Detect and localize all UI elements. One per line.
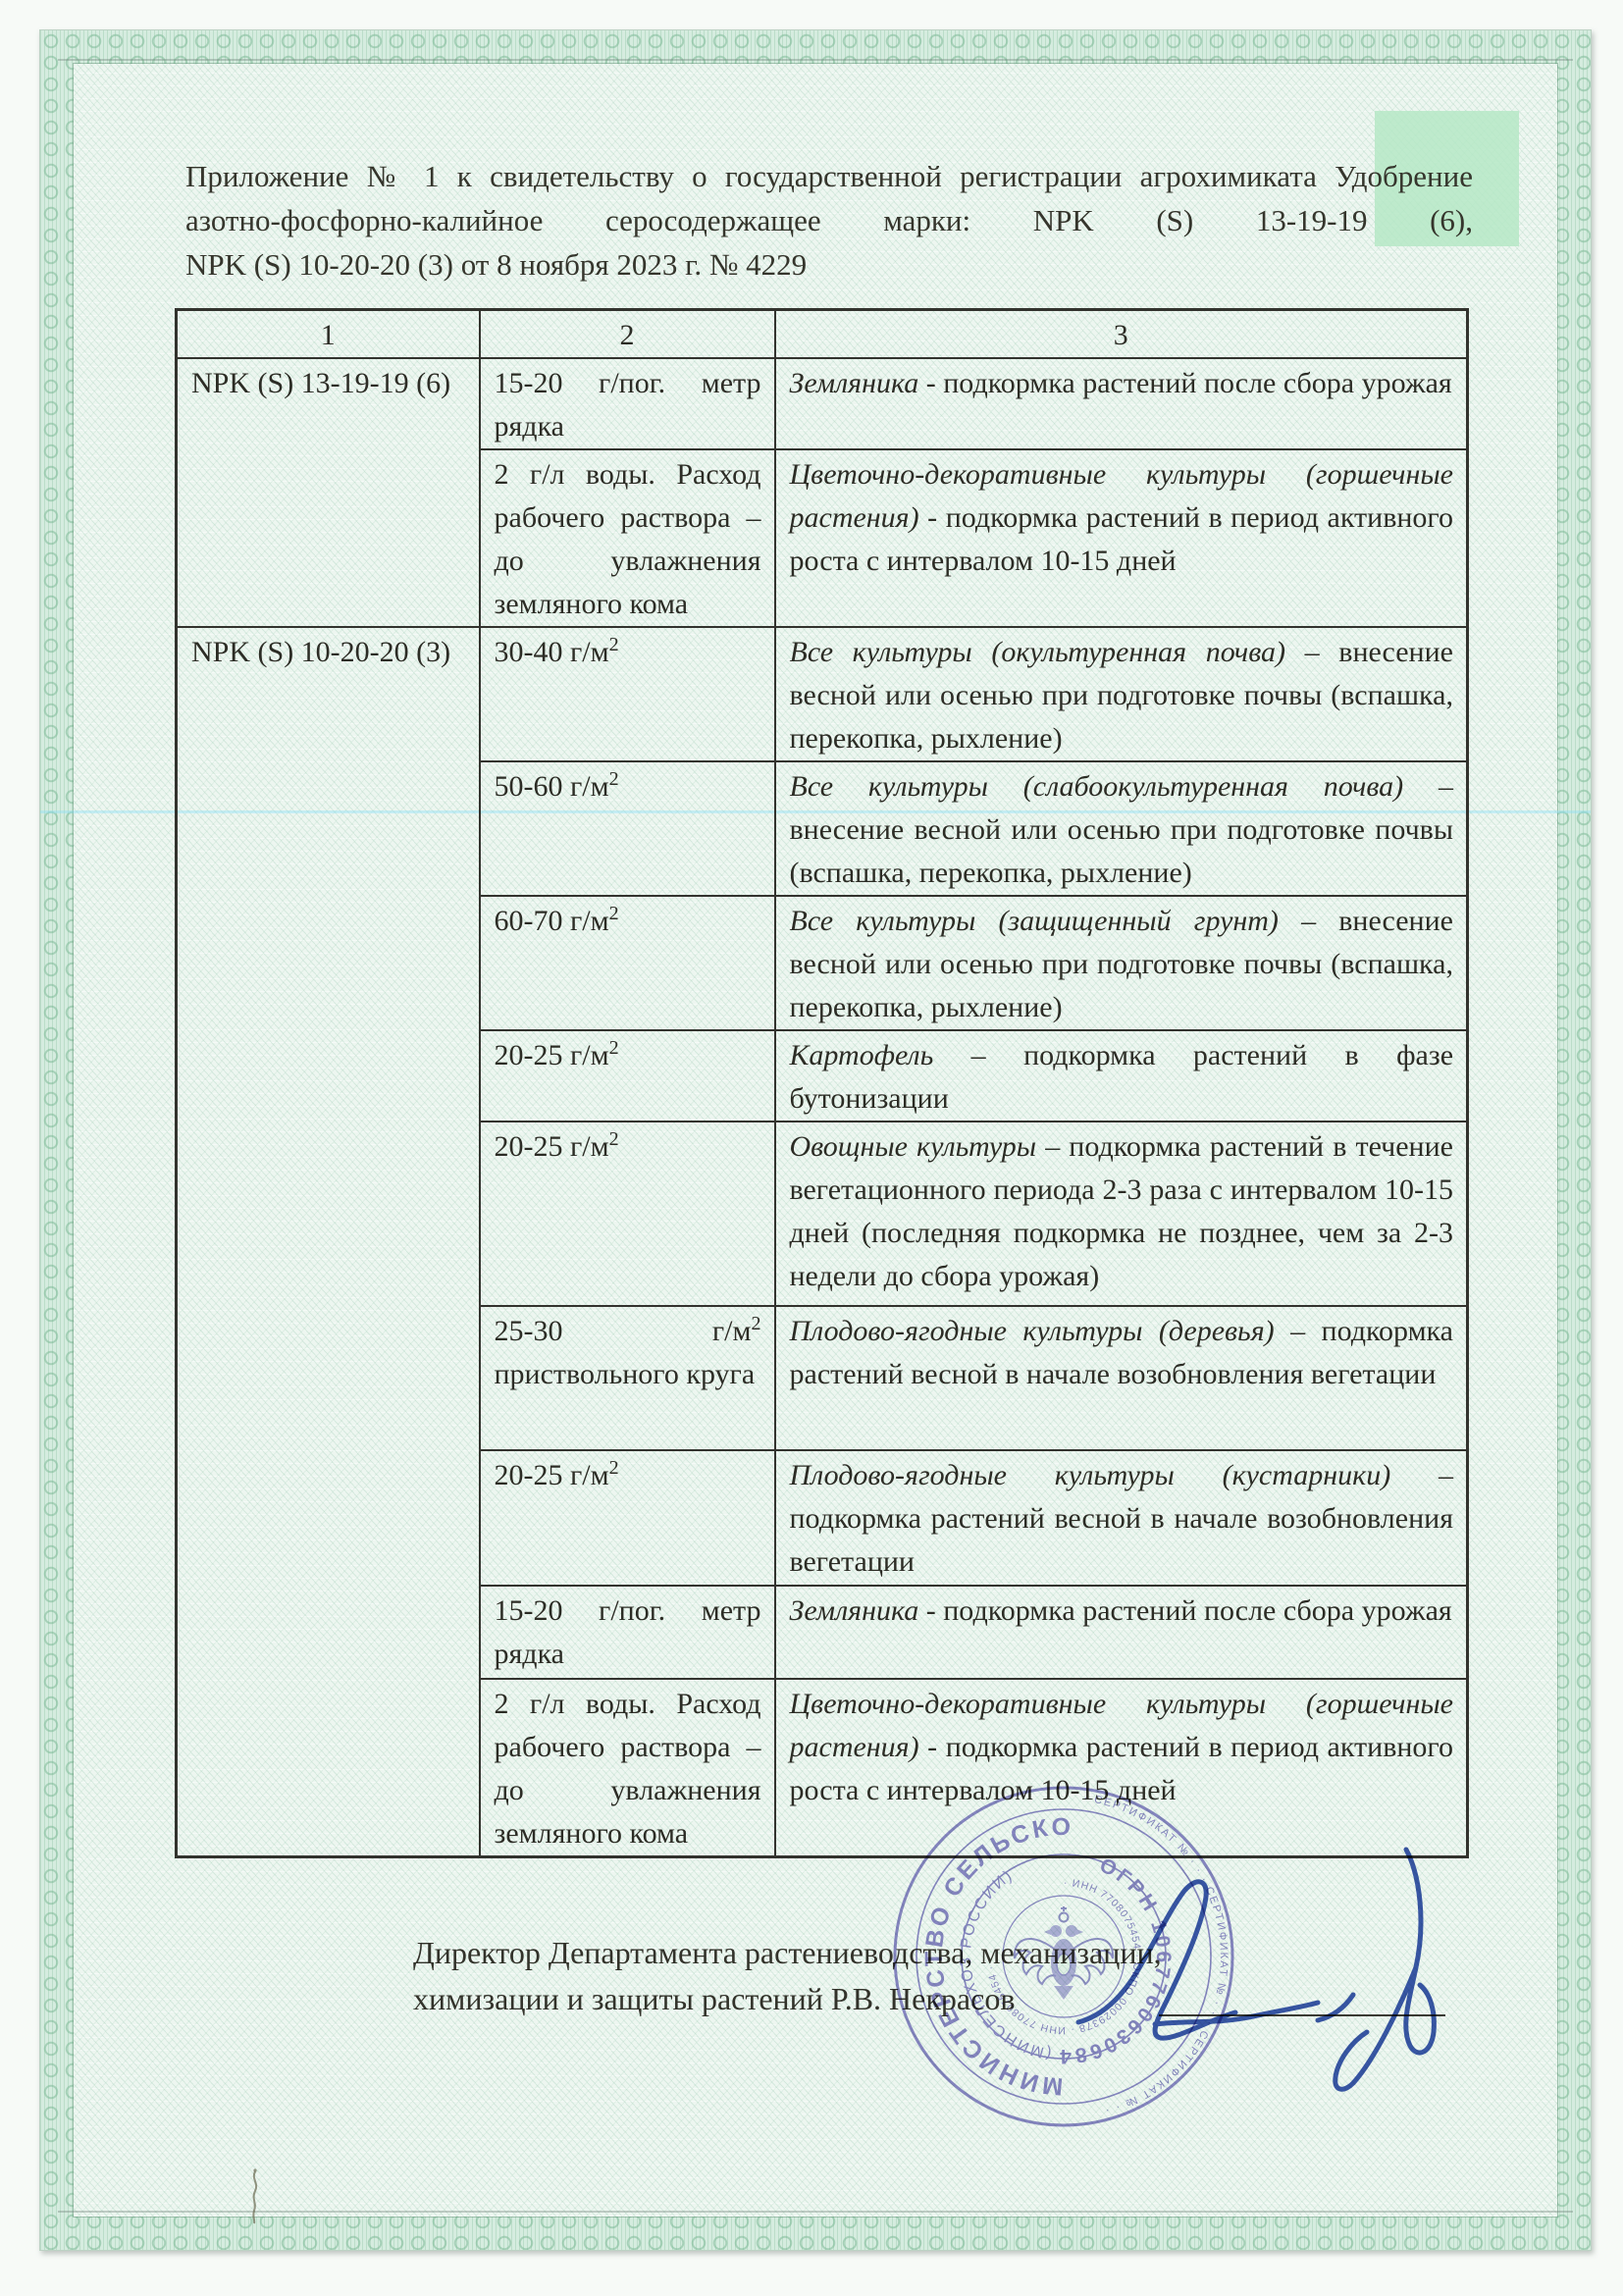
product-cell: NPK (S) 10-20-20 (3)	[177, 627, 480, 1857]
col-header-1: 1	[177, 310, 480, 359]
dose-text: 30-40 г/м	[495, 636, 609, 668]
crop-name-italic: Плодово-ягодные культуры (деревья) –	[790, 1315, 1306, 1347]
crop-name-italic: Картофель –	[790, 1039, 986, 1071]
dose-cell: 20-25 г/м2	[480, 1450, 775, 1586]
usage-cell: Овощные культуры – подкормка растений в …	[775, 1122, 1468, 1306]
crop-name-italic: Плодово-ягодные культуры (кустарники) –	[790, 1459, 1454, 1491]
usage-description: внесение весной или осенью при подготовк…	[790, 813, 1454, 889]
table-row: NPK (S) 13-19-19 (6)15-20 г/пог. метр ря…	[177, 358, 1468, 449]
table-row: NPK (S) 10-20-20 (3)30-40 г/м2Все культу…	[177, 627, 1468, 761]
dose-cell: 20-25 г/м2	[480, 1030, 775, 1122]
dose-text: 60-70 г/м	[495, 905, 609, 937]
usage-cell: Цветочно-декоративные культуры (горшечны…	[775, 449, 1468, 627]
col-header-3: 3	[775, 310, 1468, 359]
dose-cell: 15-20 г/пог. метр рядка	[480, 1586, 775, 1679]
dose-cell: 25-30 г/м2 приствольного круга	[480, 1306, 775, 1450]
crop-name-italic: Земляника	[790, 1594, 919, 1627]
dose-cell: 2 г/л воды. Расход рабочего раствора – д…	[480, 1679, 775, 1857]
dose-superscript: 2	[609, 634, 619, 655]
dose-text: 15-20 г/пог. метр рядка	[495, 367, 761, 443]
dose-text: 20-25 г/м	[495, 1039, 609, 1071]
usage-cell: Плодово-ягодные культуры (деревья) – под…	[775, 1306, 1468, 1450]
dose-cell: 50-60 г/м2	[480, 761, 775, 896]
col-header-2: 2	[480, 310, 775, 359]
dose-superscript: 2	[609, 1037, 619, 1059]
crop-name-italic: Все культуры (защищенный грунт) –	[790, 905, 1317, 937]
dose-text: 50-60 г/м	[495, 770, 609, 803]
header-line-2: азотно-фосфорно-калийное серосодержащее …	[185, 198, 1473, 242]
crop-name-italic: Все культуры (слабоокультуренная почва) …	[790, 770, 1454, 803]
dosage-table-body: NPK (S) 13-19-19 (6)15-20 г/пог. метр ря…	[177, 358, 1468, 1857]
table-header-row: 1 2 3	[177, 310, 1468, 359]
usage-description: - подкормка растений после сбора урожая	[918, 1594, 1451, 1627]
usage-cell: Картофель – подкормка растений в фазе бу…	[775, 1030, 1468, 1122]
dose-cell: 20-25 г/м2	[480, 1122, 775, 1306]
appendix-header: Приложение № 1 к свидетельству о государ…	[185, 154, 1473, 287]
usage-cell: Все культуры (слабоокультуренная почва) …	[775, 761, 1468, 896]
dose-text: 25-30 г/м	[495, 1315, 752, 1347]
dose-text: 15-20 г/пог. метр рядка	[495, 1594, 761, 1670]
usage-description: подкормка растений весной в начале возоб…	[790, 1502, 1454, 1578]
dose-superscript: 2	[609, 1128, 619, 1150]
header-line-3: NPK (S) 10-20-20 (3) от 8 ноября 2023 г.…	[185, 242, 1473, 287]
dose-superscript: 2	[609, 903, 619, 924]
dose-cell: 30-40 г/м2	[480, 627, 775, 761]
dose-tail-text: приствольного круга	[495, 1358, 756, 1390]
usage-cell: Все культуры (окультуренная почва) – вне…	[775, 627, 1468, 761]
dosage-table: 1 2 3 NPK (S) 13-19-19 (6)15-20 г/пог. м…	[175, 308, 1469, 1858]
crop-name-italic: Земляника	[790, 367, 919, 399]
certificate-page: Приложение № 1 к свидетельству о государ…	[39, 29, 1592, 2251]
crop-name-italic: Все культуры (окультуренная почва) –	[790, 636, 1320, 668]
product-cell: NPK (S) 13-19-19 (6)	[177, 358, 480, 627]
dose-text: 20-25 г/м	[495, 1459, 609, 1491]
dose-superscript: 2	[609, 1457, 619, 1479]
crop-name-italic: Овощные культуры –	[790, 1130, 1061, 1163]
usage-cell: Земляника - подкормка растений после сбо…	[775, 1586, 1468, 1679]
dose-superscript: 2	[609, 768, 619, 790]
dose-text: 2 г/л воды. Расход рабочего раствора – д…	[495, 1688, 761, 1850]
usage-cell: Все культуры (защищенный грунт) – внесен…	[775, 896, 1468, 1030]
dose-superscript: 2	[752, 1313, 761, 1334]
usage-cell: Земляника - подкормка растений после сбо…	[775, 358, 1468, 449]
dose-cell: 2 г/л воды. Расход рабочего раствора – д…	[480, 449, 775, 627]
dose-text: 20-25 г/м	[495, 1130, 609, 1163]
usage-cell: Плодово-ягодные культуры (кустарники) – …	[775, 1450, 1468, 1586]
dose-cell: 60-70 г/м2	[480, 896, 775, 1030]
dose-cell: 15-20 г/пог. метр рядка	[480, 358, 775, 449]
usage-description: - подкормка растений после сбора урожая	[918, 367, 1451, 399]
top-fold-line	[58, 59, 1573, 61]
director-autograph	[1061, 1814, 1492, 2109]
dose-text: 2 г/л воды. Расход рабочего раствора – д…	[495, 458, 761, 620]
bottom-fold-line	[58, 2211, 1573, 2213]
header-line-1: Приложение № 1 к свидетельству о государ…	[185, 154, 1473, 198]
pen-mark-artifact	[241, 2167, 271, 2226]
